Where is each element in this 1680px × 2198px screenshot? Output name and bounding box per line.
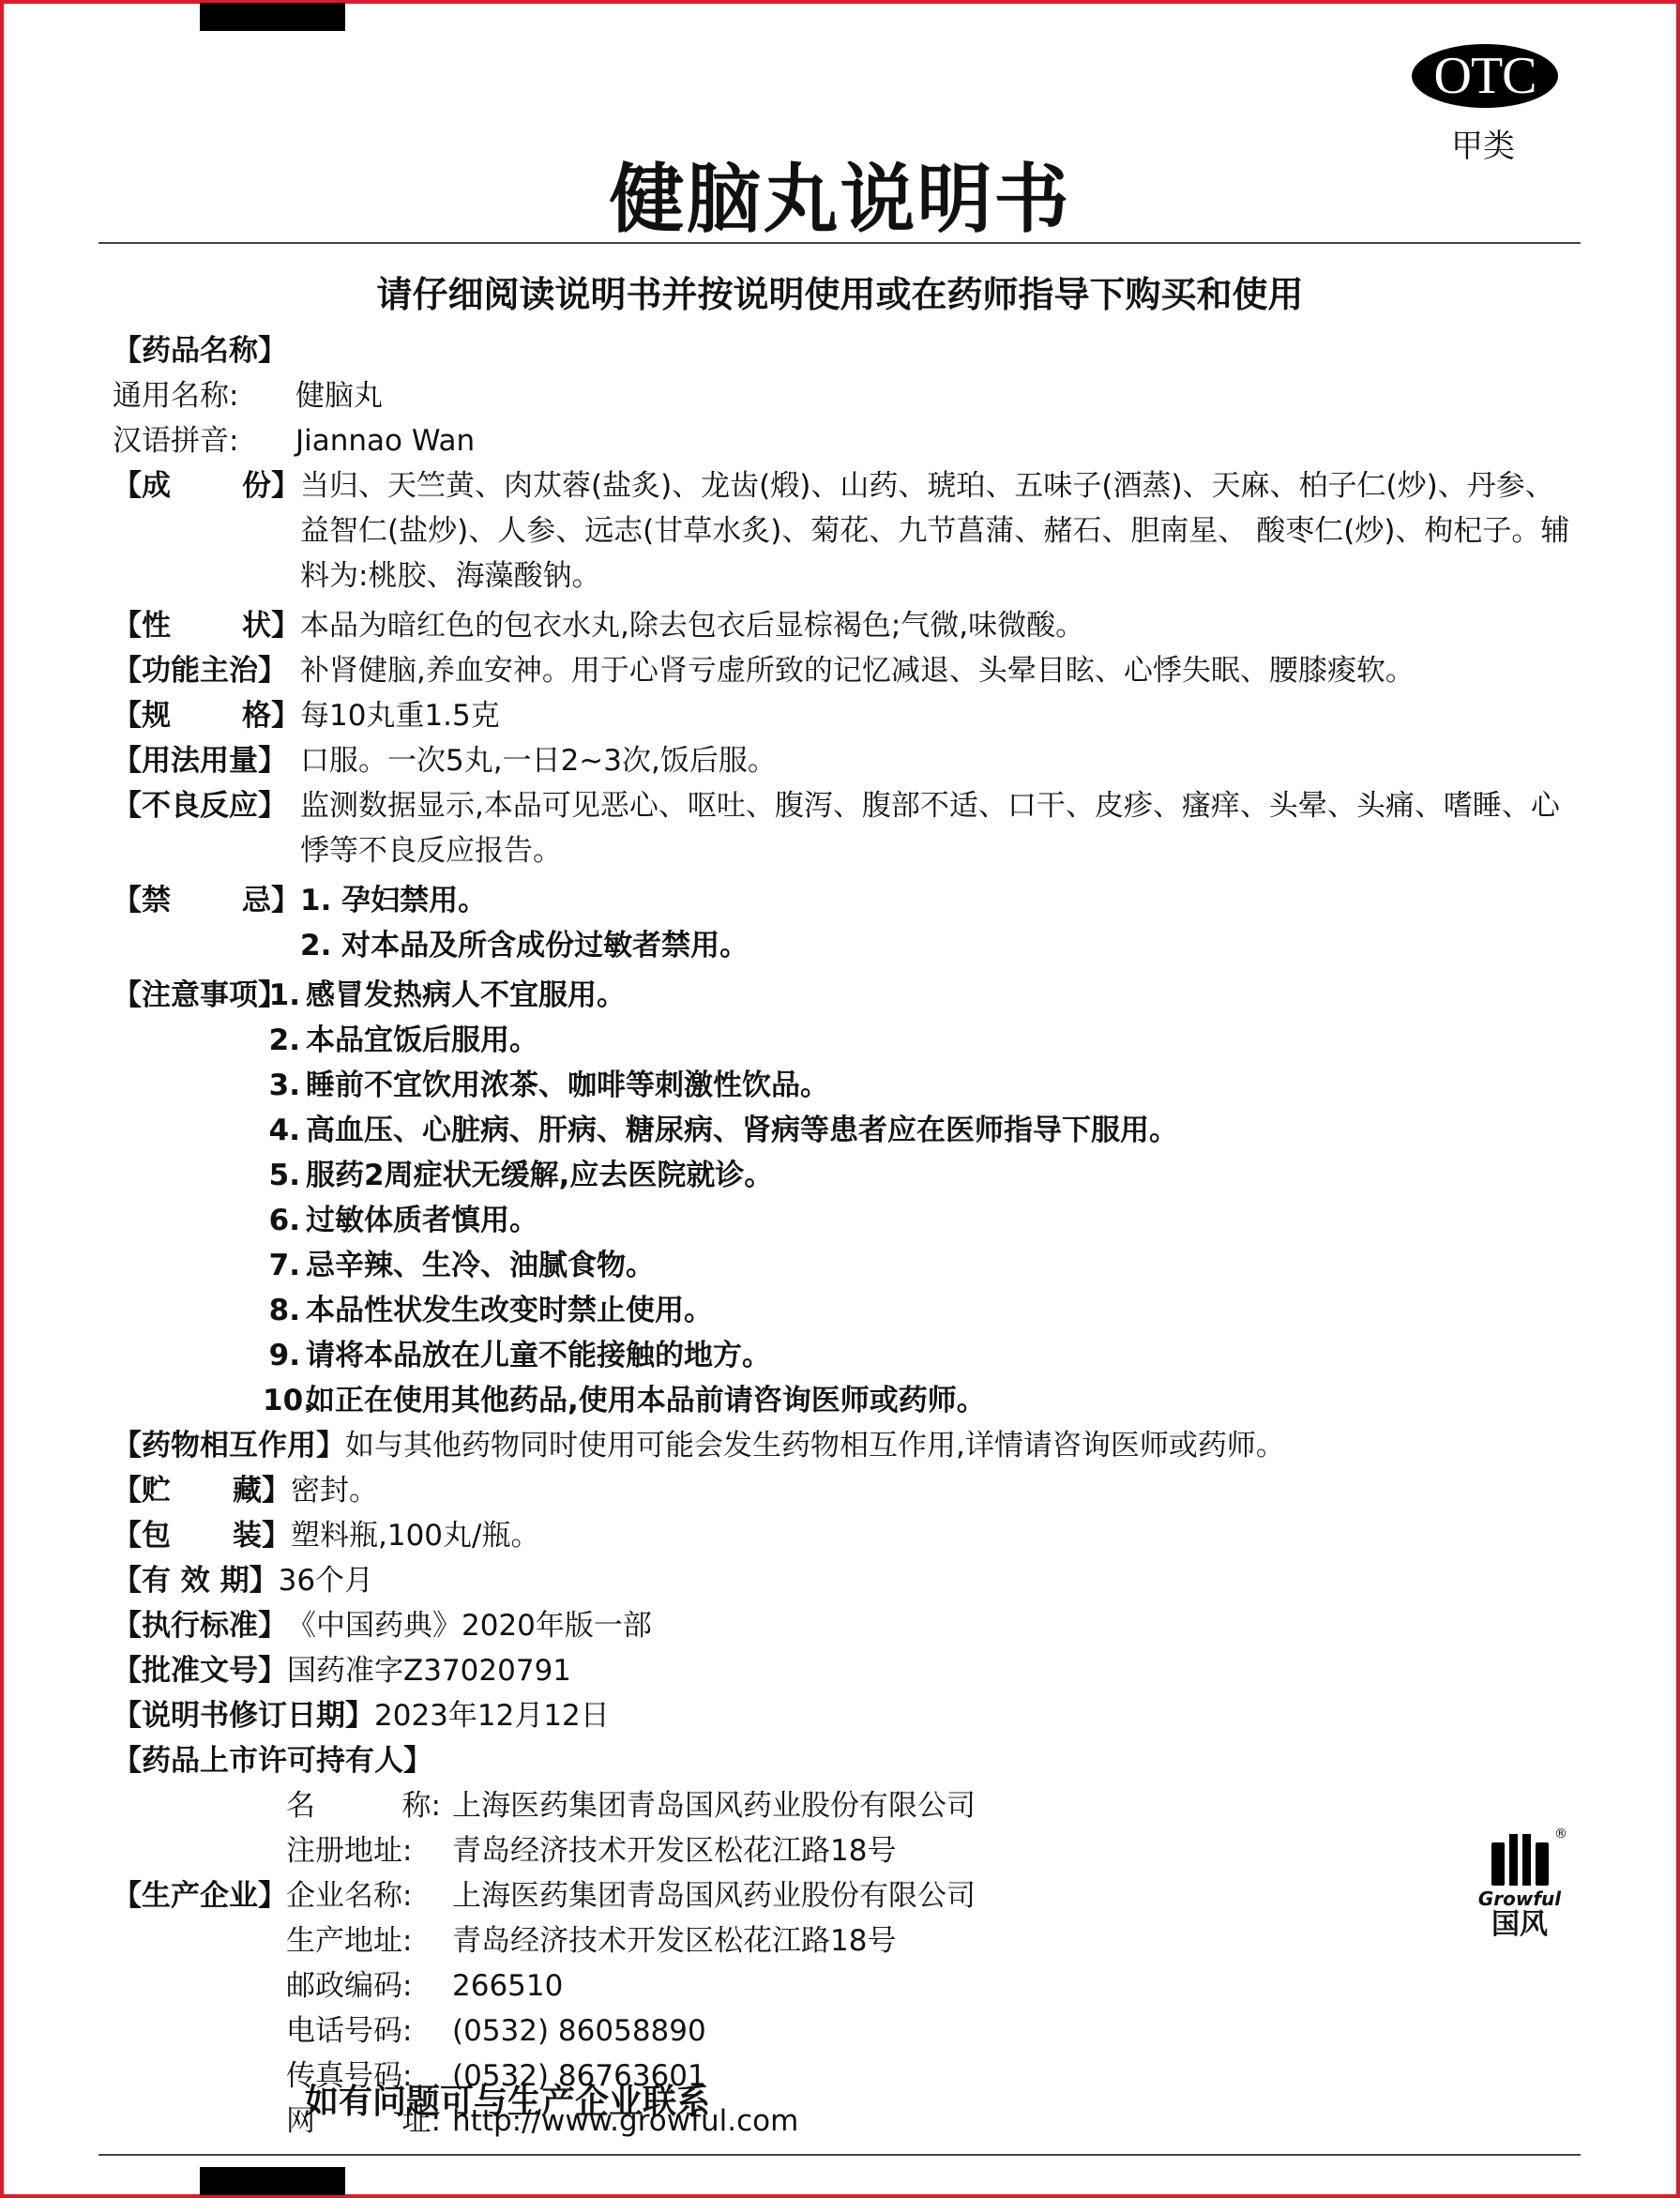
field-label: 邮政编码: — [286, 1963, 441, 2009]
section-label: 【药品上市许可持有人】 — [113, 1738, 432, 1783]
list-item: 6.过敏体质者慎用。 — [263, 1198, 1576, 1243]
field-value: Jiannao Wan — [295, 418, 1576, 463]
field-label: 名称: — [286, 1783, 441, 1828]
field-label: 电话号码: — [286, 2009, 441, 2054]
list-item: 2.本品宜饭后服用。 — [263, 1018, 1576, 1063]
contraindication-list: 1. 孕妇禁用。 2. 对本品及所含成份过敏者禁用。 — [300, 878, 1576, 968]
list-item: 3.睡前不宜饮用浓茶、咖啡等刺激性饮品。 — [263, 1063, 1576, 1108]
section-value: 本品为暗红色的包衣水丸,除去包衣后显棕褐色;气微,味微酸。 — [300, 603, 1576, 648]
top-divider — [98, 242, 1581, 244]
precaution-list: 1.感冒发热病人不宜服用。 2.本品宜饭后服用。 3.睡前不宜饮用浓茶、咖啡等刺… — [263, 973, 1576, 1423]
section-label: 【贮藏】 — [113, 1468, 291, 1513]
section-indications: 【功能主治】 补肾健脑,养血安神。用于心肾亏虚所致的记忆减退、头晕目眩、心悸失眠… — [113, 648, 1576, 693]
mah-name-row: 名称: 上海医药集团青岛国风药业股份有限公司 — [113, 1783, 1576, 1828]
growful-mark-icon: ® — [1468, 1834, 1571, 1886]
field-value: 上海医药集团青岛国风药业股份有限公司 — [452, 1783, 976, 1828]
section-value: 每10丸重1.5克 — [300, 693, 1576, 738]
section-revision: 【说明书修订日期】 2023年12月12日 — [113, 1693, 1576, 1738]
page-title: 健脑丸说明书 — [0, 139, 1680, 247]
section-label: 【执行标准】 — [113, 1603, 287, 1648]
growful-logo: ® Growful 国风 — [1468, 1834, 1571, 1940]
section-value: 如与其他药物同时使用可能会发生药物相互作用,详情请咨询医师或药师。 — [345, 1423, 1576, 1468]
section-storage: 【贮藏】 密封。 — [113, 1468, 1576, 1513]
section-dosage: 【用法用量】 口服。一次5丸,一日2~3次,饭后服。 — [113, 738, 1576, 783]
list-item: 10.如正在使用其他药品,使用本品前请咨询医师或药师。 — [263, 1378, 1576, 1423]
section-value: 国药准字Z37020791 — [287, 1648, 1576, 1693]
top-tab-marker — [200, 3, 345, 31]
section-interactions: 【药物相互作用】 如与其他药物同时使用可能会发生药物相互作用,详情请咨询医师或药… — [113, 1423, 1576, 1468]
section-label: 【性状】 — [113, 603, 300, 648]
bottom-divider — [98, 2154, 1581, 2156]
field-value: 266510 — [452, 1963, 563, 2009]
field-label: 生产地址: — [286, 1918, 441, 1963]
field-label: 汉语拼音: — [113, 418, 295, 463]
section-label: 【不良反应】 — [113, 783, 300, 873]
section-label: 【成份】 — [113, 463, 300, 599]
mah-address-row: 注册地址: 青岛经济技术开发区松花江路18号 — [113, 1828, 1576, 1873]
field-label: 通用名称: — [113, 373, 295, 418]
section-value: 当归、天竺黄、肉苁蓉(盐炙)、龙齿(煅)、山药、琥珀、五味子(酒蒸)、天麻、柏子… — [300, 463, 1576, 599]
field-value: 健脑丸 — [295, 373, 1576, 418]
list-item: 2. 对本品及所含成份过敏者禁用。 — [300, 923, 1576, 968]
postal-code-row: 邮政编码: 266510 — [113, 1963, 1576, 2009]
section-value: 36个月 — [279, 1558, 1576, 1603]
field-value: 青岛经济技术开发区松花江路18号 — [452, 1918, 896, 1963]
section-value: 密封。 — [291, 1468, 1576, 1513]
section-value: 口服。一次5丸,一日2~3次,饭后服。 — [300, 738, 1576, 783]
list-item: 4.高血压、心脏病、肝病、糖尿病、肾病等患者应在医师指导下服用。 — [263, 1108, 1576, 1153]
section-precautions: 【注意事项】 1.感冒发热病人不宜服用。 2.本品宜饭后服用。 3.睡前不宜饮用… — [113, 973, 1576, 1423]
section-value: 塑料瓶,100丸/瓶。 — [291, 1513, 1576, 1558]
list-item: 1. 孕妇禁用。 — [300, 878, 1576, 923]
field-value: 青岛经济技术开发区松花江路18号 — [452, 1828, 896, 1873]
section-label: 【注意事项】 — [113, 973, 263, 1423]
section-label: 【功能主治】 — [113, 648, 300, 693]
list-item: 5.服药2周症状无缓解,应去医院就诊。 — [263, 1153, 1576, 1198]
section-value: 《中国药典》2020年版一部 — [287, 1603, 1576, 1648]
section-mah: 【药品上市许可持有人】 — [113, 1738, 1576, 1783]
section-contraindications: 【禁忌】 1. 孕妇禁用。 2. 对本品及所含成份过敏者禁用。 — [113, 878, 1576, 968]
section-standard: 【执行标准】 《中国药典》2020年版一部 — [113, 1603, 1576, 1648]
pinyin-row: 汉语拼音: Jiannao Wan — [113, 418, 1576, 463]
manufacturer-address-row: 生产地址: 青岛经济技术开发区松花江路18号 — [113, 1918, 1576, 1963]
section-value: 2023年12月12日 — [374, 1693, 1576, 1738]
field-label: 企业名称: — [286, 1873, 441, 1918]
list-item: 9.请将本品放在儿童不能接触的地方。 — [263, 1333, 1576, 1378]
section-label: 【有 效 期】 — [113, 1558, 279, 1603]
phone-row: 电话号码: (0532) 86058890 — [113, 2009, 1576, 2054]
section-label: 【包装】 — [113, 1513, 291, 1558]
section-properties: 【性状】 本品为暗红色的包衣水丸,除去包衣后显棕褐色;气微,味微酸。 — [113, 603, 1576, 648]
section-label: 【说明书修订日期】 — [113, 1693, 374, 1738]
leaflet-body: 【药品名称】 通用名称: 健脑丸 汉语拼音: Jiannao Wan 【成份】 … — [113, 328, 1576, 2144]
contact-note: 如有问题可与生产企业联系 — [305, 2075, 710, 2123]
section-label: 【生产企业】 — [113, 1873, 286, 1918]
logo-text-cn: 国风 — [1468, 1910, 1571, 1940]
field-value: 上海医药集团青岛国风药业股份有限公司 — [452, 1873, 976, 1918]
section-approval: 【批准文号】 国药准字Z37020791 — [113, 1648, 1576, 1693]
section-label: 【药物相互作用】 — [113, 1423, 345, 1468]
section-adverse: 【不良反应】 监测数据显示,本品可见恶心、呕吐、腹泻、腹部不适、口干、皮疹、瘙痒… — [113, 783, 1576, 873]
generic-name-row: 通用名称: 健脑丸 — [113, 373, 1576, 418]
section-label: 【批准文号】 — [113, 1648, 287, 1693]
otc-oval-icon: OTC — [1412, 44, 1558, 108]
registered-icon: ® — [1554, 1827, 1567, 1842]
section-value: 补肾健脑,养血安神。用于心肾亏虚所致的记忆减退、头晕目眩、心悸失眠、腰膝痠软。 — [300, 648, 1576, 693]
otc-badge: OTC — [1412, 44, 1558, 108]
section-drug-name: 【药品名称】 — [113, 328, 1576, 373]
section-package: 【包装】 塑料瓶,100丸/瓶。 — [113, 1513, 1576, 1558]
bottom-tab-marker — [200, 2167, 345, 2195]
section-label: 【规格】 — [113, 693, 300, 738]
page-subtitle: 请仔细阅读说明书并按说明使用或在药师指导下购买和使用 — [0, 265, 1680, 317]
section-ingredients: 【成份】 当归、天竺黄、肉苁蓉(盐炙)、龙齿(煅)、山药、琥珀、五味子(酒蒸)、… — [113, 463, 1576, 599]
section-label: 【用法用量】 — [113, 738, 300, 783]
list-item: 7.忌辛辣、生冷、油腻食物。 — [263, 1243, 1576, 1288]
list-item: 8.本品性状发生改变时禁止使用。 — [263, 1288, 1576, 1333]
section-label: 【禁忌】 — [113, 878, 300, 968]
logo-text-en: Growful — [1468, 1887, 1571, 1910]
section-validity: 【有 效 期】 36个月 — [113, 1558, 1576, 1603]
field-value: (0532) 86058890 — [452, 2009, 706, 2054]
section-label: 【药品名称】 — [113, 328, 287, 373]
field-label: 注册地址: — [286, 1828, 441, 1873]
section-manufacturer: 【生产企业】 企业名称: 上海医药集团青岛国风药业股份有限公司 — [113, 1873, 1576, 1918]
section-value: 监测数据显示,本品可见恶心、呕吐、腹泻、腹部不适、口干、皮疹、瘙痒、头晕、头痛、… — [300, 783, 1576, 873]
section-specification: 【规格】 每10丸重1.5克 — [113, 693, 1576, 738]
list-item: 1.感冒发热病人不宜服用。 — [263, 973, 1576, 1018]
